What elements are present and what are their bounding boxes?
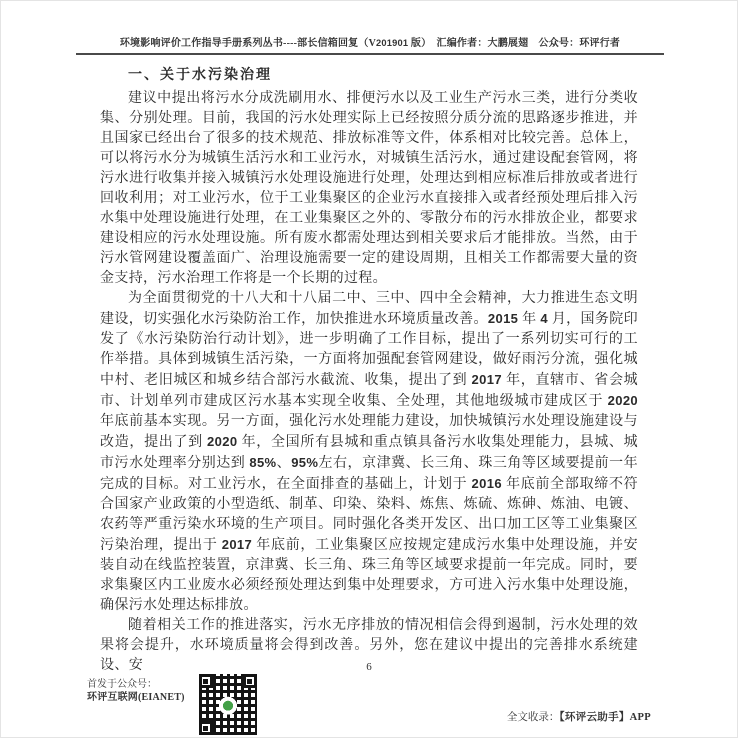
header-text: 环境影响评价工作指导手册系列丛书----部长信箱回复（V201901 版） 汇编… xyxy=(120,38,620,49)
page-header: 环境影响评价工作指导手册系列丛书----部长信箱回复（V201901 版） 汇编… xyxy=(76,34,664,55)
qr-code-icon xyxy=(199,674,257,735)
section-heading: 一、关于水污染治理 xyxy=(100,64,638,84)
collection-prefix: 全文收录： xyxy=(507,712,560,723)
paragraph-2: 为全面贯彻党的十八大和十八届二中、三中、四中全会精神，大力推进生态文明建设，切实… xyxy=(100,289,638,616)
publisher-label: 首发于公众号： xyxy=(87,678,185,691)
qr-finder-top-right xyxy=(243,674,257,688)
paragraph-1: 建议中提出将污水分成洗刷用水、排便污水以及工业生产污水三类，进行分类收集、分别处… xyxy=(100,89,638,289)
page-footer: 首发于公众号： 环评互联网(EIANET) 全文收录：【环评云助手】APP xyxy=(87,678,651,735)
page-number: 6 xyxy=(1,661,737,673)
qr-finder-bottom-left xyxy=(199,721,213,735)
document-body: 一、关于水污染治理 建议中提出将污水分成洗刷用水、排便污水以及工业生产污水三类，… xyxy=(100,64,638,676)
publisher-name: 环评互联网(EIANET) xyxy=(87,691,185,704)
publisher-info: 首发于公众号： 环评互联网(EIANET) xyxy=(87,678,185,704)
qr-finder-top-left xyxy=(199,674,213,688)
collection-app-name: 【环评云助手】APP xyxy=(559,712,651,723)
collection-note: 全文收录：【环评云助手】APP xyxy=(507,709,651,724)
document-page: 环境影响评价工作指导手册系列丛书----部长信箱回复（V201901 版） 汇编… xyxy=(0,0,738,738)
